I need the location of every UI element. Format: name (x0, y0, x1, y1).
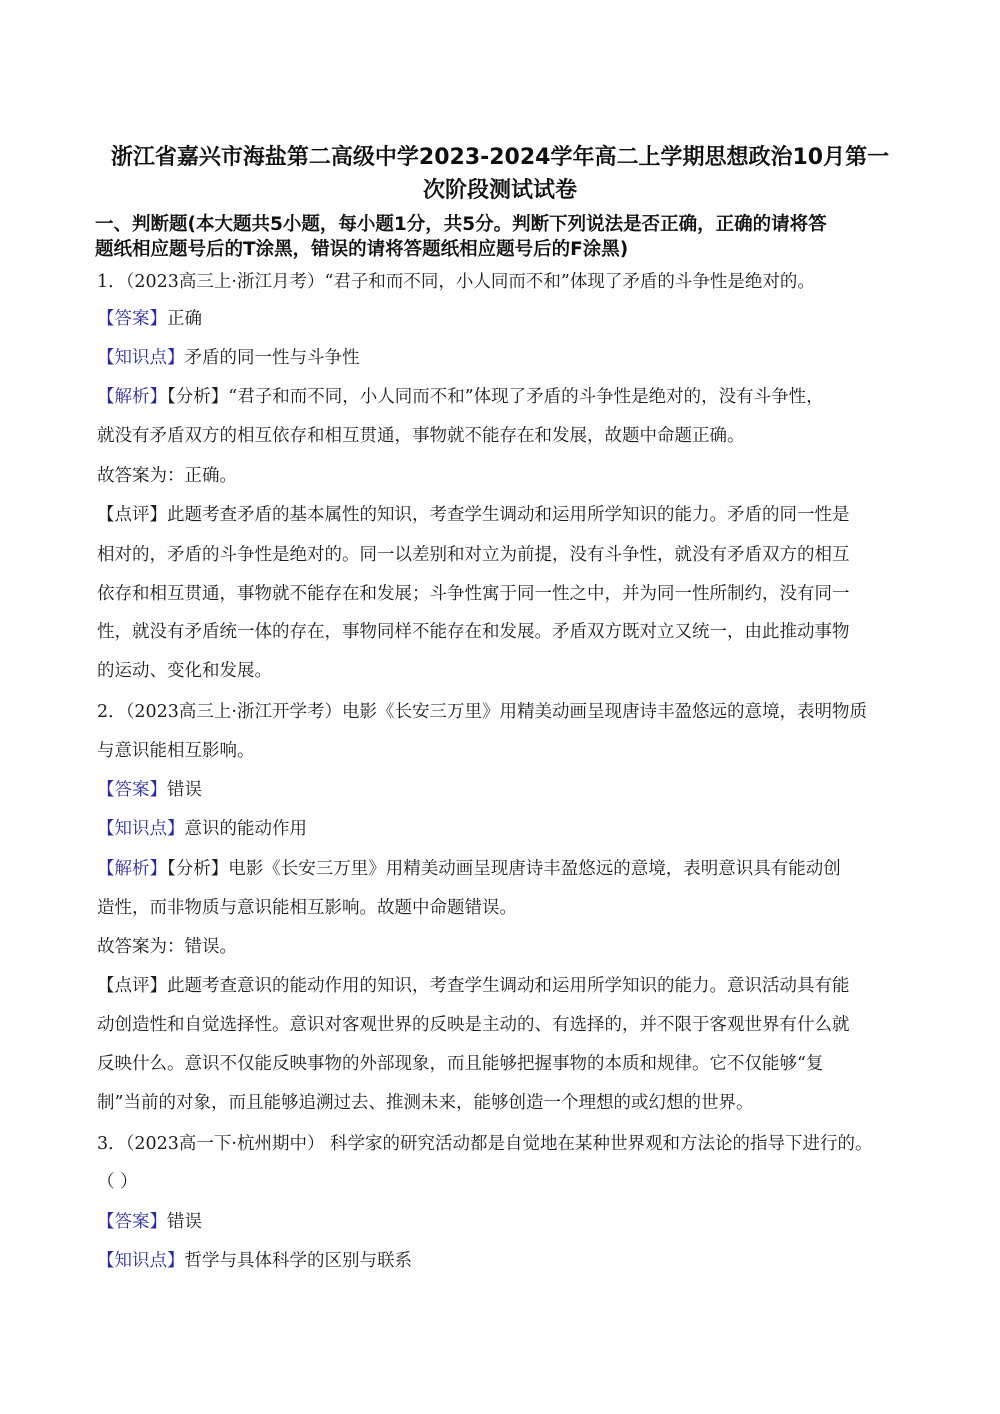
answer-value: 正确 (167, 309, 202, 329)
question-2-knowledge: 【知识点】意识的能动作用 (97, 817, 907, 841)
fenxi-label: 【分析】 (167, 387, 228, 407)
question-1-analysis: 【解析】【分析】“君子和而不同，小人同而不和”体现了矛盾的斗争性是绝对的，没有斗… (97, 385, 907, 409)
question-stem-text: （2023高三上·浙江月考）“君子和而不同，小人同而不和”体现了矛盾的斗争性是绝… (126, 272, 815, 292)
question-2-comment-cont: 动创造性和自觉选择性。意识对客观世界的反映是主动的、有选择的，并不限于客观世界有… (97, 1013, 907, 1037)
question-2-comment-cont: 制”当前的对象，而且能够追溯过去、推测未来，能够创造一个理想的或幻想的世界。 (97, 1091, 907, 1115)
question-3-answer: 【答案】错误 (97, 1210, 907, 1234)
analysis-label: 【解析】 (97, 387, 167, 407)
knowledge-value: 哲学与具体科学的区别与联系 (185, 1251, 413, 1271)
analysis-text: 电影《长安三万里》用精美动画呈现唐诗丰盈悠远的意境，表明意识具有能动创 (228, 859, 841, 879)
question-1-comment-cont: 的运动、变化和发展。 (97, 659, 907, 683)
answer-label: 【答案】 (97, 1212, 167, 1232)
question-2-comment-cont: 反映什么。意识不仅能反映事物的外部现象，而且能够把握事物的本质和规律。它不仅能够… (97, 1052, 907, 1076)
knowledge-label: 【知识点】 (97, 819, 185, 839)
conclusion-prefix: 故答案为： (97, 466, 185, 486)
section-heading-line2: 题纸相应题号后的T涂黑，错误的请将答题纸相应题号后的F涂黑) (95, 235, 915, 261)
comment-label: 【点评】 (97, 976, 167, 996)
question-2-answer: 【答案】错误 (97, 778, 907, 802)
document-title-line2: 次阶段测试试卷 (80, 173, 920, 204)
knowledge-label: 【知识点】 (97, 348, 185, 368)
question-1-comment: 【点评】此题考查矛盾的基本属性的知识，考查学生调动和运用所学知识的能力。矛盾的同… (97, 503, 907, 527)
document-title-line1: 浙江省嘉兴市海盐第二高级中学2023-2024学年高二上学期思想政治10月第一 (80, 140, 920, 171)
answer-value: 错误 (167, 1212, 202, 1232)
conclusion-value: 错误。 (185, 937, 238, 957)
question-1-conclusion: 故答案为：正确。 (97, 464, 907, 488)
question-3-knowledge: 【知识点】哲学与具体科学的区别与联系 (97, 1249, 907, 1273)
knowledge-value: 矛盾的同一性与斗争性 (185, 348, 360, 368)
question-2-stem-cont: 与意识能相互影响。 (97, 739, 907, 763)
section-heading-line1: 一、判断题(本大题共5小题，每小题1分，共5分。判断下列说法是否正确，正确的请将… (95, 210, 915, 236)
conclusion-prefix: 故答案为： (97, 937, 185, 957)
analysis-text: “君子和而不同，小人同而不和”体现了矛盾的斗争性是绝对的，没有斗争性， (228, 387, 823, 407)
question-1-answer: 【答案】正确 (97, 307, 907, 331)
comment-text: 此题考查意识的能动作用的知识，考查学生调动和运用所学知识的能力。意识活动具有能 (167, 976, 850, 996)
question-2-conclusion: 故答案为：错误。 (97, 935, 907, 959)
answer-value: 错误 (167, 780, 202, 800)
conclusion-value: 正确。 (185, 466, 238, 486)
question-stem-text: （2023高三上·浙江开学考）电影《长安三万里》用精美动画呈现唐诗丰盈悠远的意境… (126, 702, 867, 722)
question-number: 1． (97, 272, 126, 292)
knowledge-value: 意识的能动作用 (185, 819, 308, 839)
answer-label: 【答案】 (97, 309, 167, 329)
question-2-comment: 【点评】此题考查意识的能动作用的知识，考查学生调动和运用所学知识的能力。意识活动… (97, 974, 907, 998)
knowledge-label: 【知识点】 (97, 1251, 185, 1271)
analysis-label: 【解析】 (97, 859, 167, 879)
question-2-analysis-cont: 造性，而非物质与意识能相互影响。故题中命题错误。 (97, 896, 907, 920)
question-1-analysis-cont: 就没有矛盾双方的相互依存和相互贯通，事物就不能存在和发展，故题中命题正确。 (97, 424, 907, 448)
fenxi-label: 【分析】 (167, 859, 228, 879)
question-number: 2． (97, 702, 126, 722)
question-stem-text: （2023高一下·杭州期中） 科学家的研究活动都是自觉地在某种世界观和方法论的指… (126, 1134, 873, 1154)
question-1-comment-cont: 相对的，矛盾的斗争性是绝对的。同一以差别和对立为前提，没有斗争性，就没有矛盾双方… (97, 543, 907, 567)
question-2-analysis: 【解析】【分析】电影《长安三万里》用精美动画呈现唐诗丰盈悠远的意境，表明意识具有… (97, 857, 907, 881)
question-3-answer-blank: （ ） (97, 1170, 907, 1194)
question-1-comment-cont: 依存和相互贯通，事物就不能存在和发展；斗争性寓于同一性之中，并为同一性所制约，没… (97, 582, 907, 606)
question-1-knowledge: 【知识点】矛盾的同一性与斗争性 (97, 346, 907, 370)
question-1-stem: 1．（2023高三上·浙江月考）“君子和而不同，小人同而不和”体现了矛盾的斗争性… (97, 270, 907, 294)
question-2-stem: 2．（2023高三上·浙江开学考）电影《长安三万里》用精美动画呈现唐诗丰盈悠远的… (97, 700, 907, 724)
comment-label: 【点评】 (97, 505, 167, 525)
document-page: 浙江省嘉兴市海盐第二高级中学2023-2024学年高二上学期思想政治10月第一 … (0, 0, 1000, 1414)
answer-label: 【答案】 (97, 780, 167, 800)
comment-text: 此题考查矛盾的基本属性的知识，考查学生调动和运用所学知识的能力。矛盾的同一性是 (167, 505, 850, 525)
question-3-stem: 3．（2023高一下·杭州期中） 科学家的研究活动都是自觉地在某种世界观和方法论… (97, 1132, 907, 1156)
question-1-comment-cont: 性，就没有矛盾统一体的存在，事物同样不能存在和发展。矛盾双方既对立又统一，由此推… (97, 620, 907, 644)
question-number: 3． (97, 1134, 126, 1154)
